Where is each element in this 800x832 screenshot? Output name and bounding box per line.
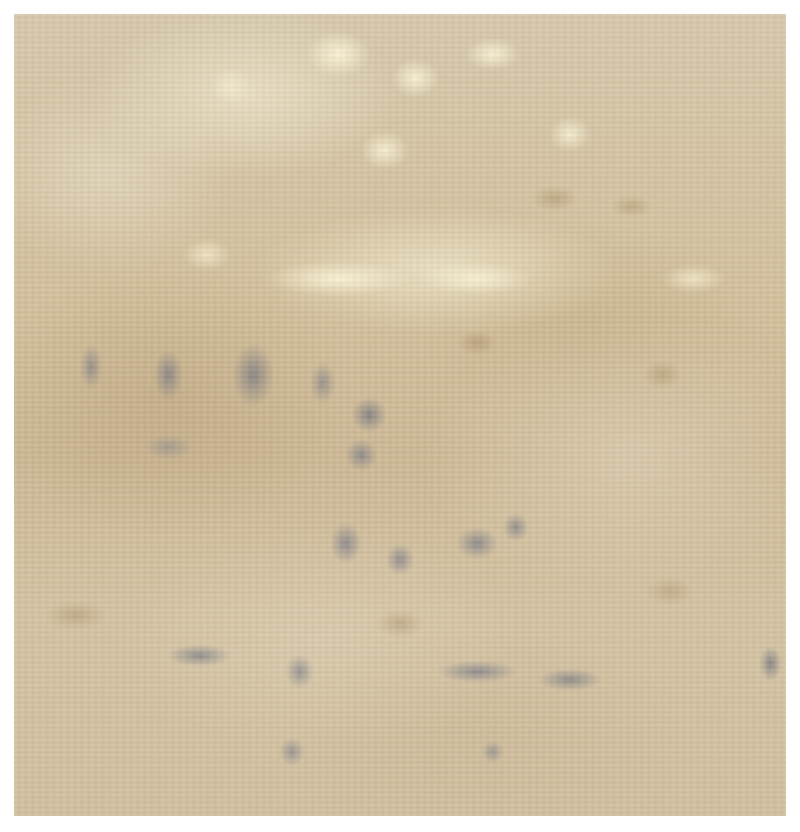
- image-frame: [0, 0, 800, 832]
- rug-texture-photo: [14, 14, 786, 816]
- rug-pile-texture: [14, 14, 786, 816]
